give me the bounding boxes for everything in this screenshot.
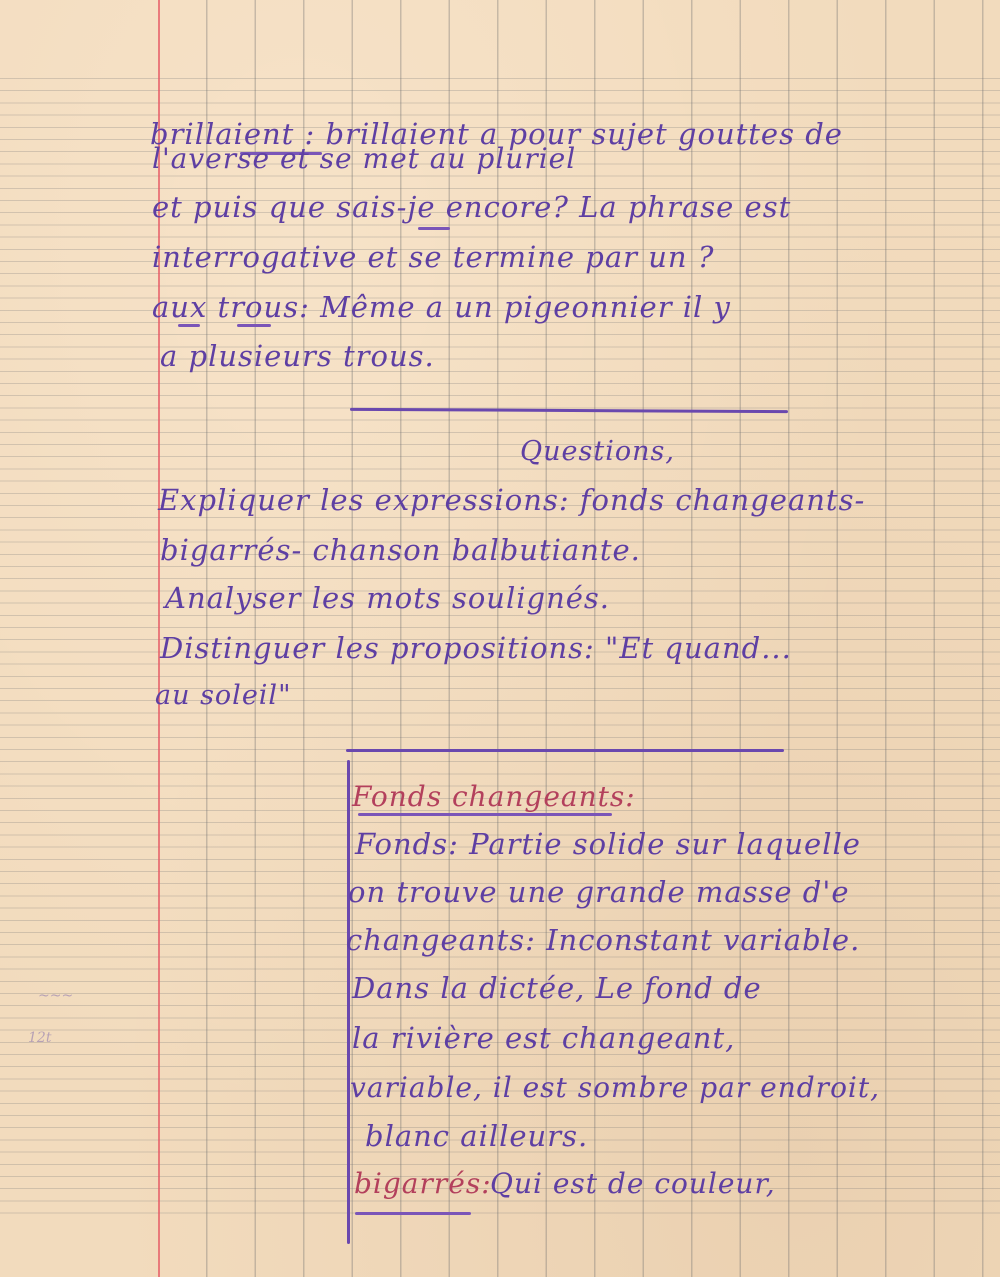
question-line-5: au soleil" [155, 682, 291, 709]
underline-aux [178, 324, 200, 327]
answer-line-2: on trouve une grande masse d'e [348, 878, 849, 907]
answer-box-top-rule [346, 749, 784, 752]
answer-box-left-rule [347, 760, 350, 1244]
note-line-3: et puis que sais-je encore? La phrase es… [152, 193, 791, 222]
underline-answer-heading [358, 813, 612, 816]
note-line-6: a plusieurs trous. [160, 342, 435, 371]
answer-line-5: la rivière est changeant, [352, 1024, 735, 1053]
answer-sub-heading: bigarrés: [354, 1170, 492, 1198]
answer-line-4: Dans la dictée, Le fond de [352, 974, 762, 1003]
margin-mark-1: ~~~ [38, 988, 73, 1004]
underline-bigarres [355, 1212, 471, 1215]
answer-line-7: blanc ailleurs. [365, 1122, 588, 1151]
underline-encore [418, 227, 450, 230]
margin-mark-2: 12t [28, 1030, 51, 1046]
questions-title: Questions, [520, 438, 675, 465]
notebook-page: brillaient : brillaient a pour sujet gou… [0, 0, 1000, 1277]
note-line-5: aux trous: Même a un pigeonnier il y [152, 293, 731, 322]
question-line-2: bigarrés- chanson balbutiante. [160, 536, 641, 565]
answer-sub-text: Qui est de couleur, [490, 1170, 776, 1198]
note-line-2: l'averse et se met au pluriel [152, 145, 576, 173]
question-line-3: Analyser les mots soulignés. [165, 584, 610, 613]
note-line-4: interrogative et se termine par un ? [152, 243, 714, 272]
question-line-1: Expliquer les expressions: fonds changea… [158, 486, 865, 515]
underline-trous [237, 324, 271, 327]
answer-line-3: changeants: Inconstant variable. [346, 926, 860, 955]
answer-line-6: variable, il est sombre par endroit, [350, 1074, 880, 1102]
answer-heading: Fonds changeants: [352, 783, 636, 811]
question-line-4: Distinguer les propositions: "Et quand..… [160, 634, 792, 663]
answer-line-1: Fonds: Partie solide sur laquelle [355, 830, 861, 859]
